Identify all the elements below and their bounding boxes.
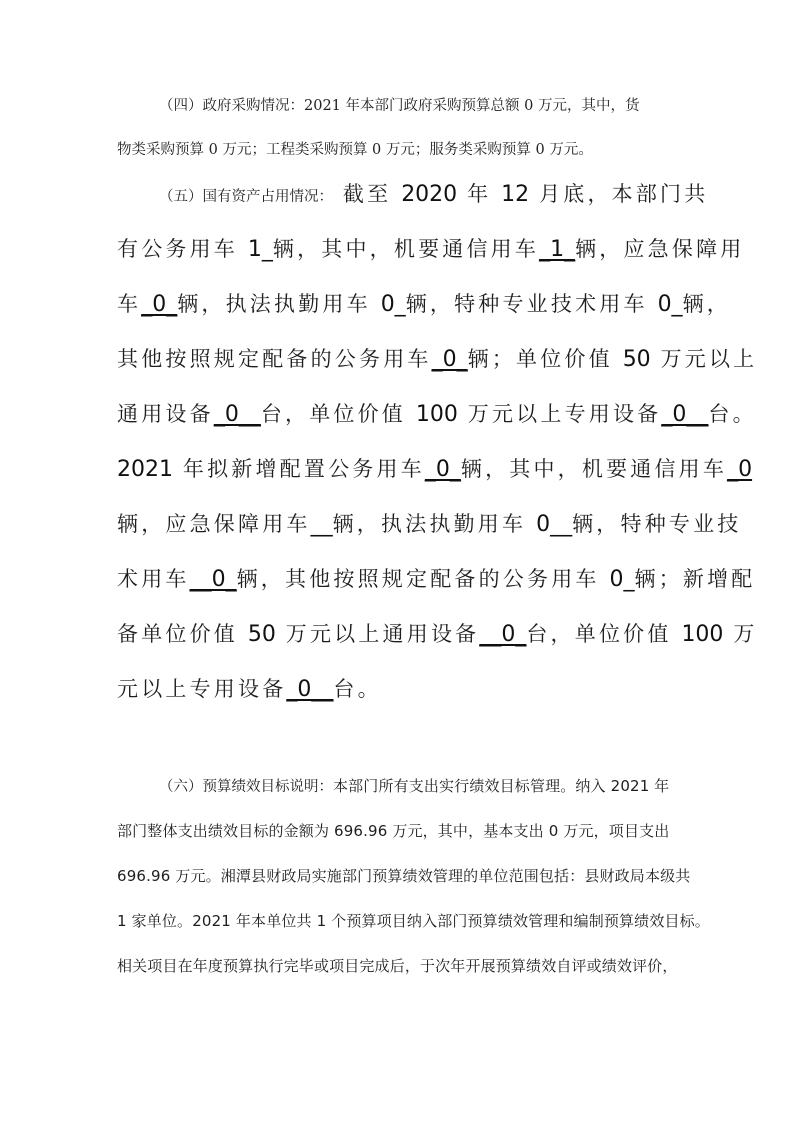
new-special-vehicle-value: __0_	[190, 567, 237, 592]
text: 有公务用车	[117, 237, 248, 261]
section-6-line-5: 相关项目在年度预算执行完毕或项目完成后，于次年开展预算绩效自评或绩效评价，	[117, 959, 679, 974]
law-enforcement-vehicle-value: 0_	[381, 292, 406, 317]
text: 辆，应急保障用车	[117, 512, 311, 536]
year-value: 2020	[401, 182, 457, 207]
section-4-text-2: 物类采购预算 0 万元；工程类采购预算 0 万元；服务类采购预算 0 万元。	[117, 142, 593, 158]
section-6-text-2: 部门整体支出绩效目标的金额为 696.96 万元，其中，基本支出 0 万元，项目…	[117, 822, 669, 840]
new-special-equipment-value: _0__	[286, 677, 333, 702]
new-threshold-50-value: 50	[248, 622, 276, 647]
section-5-line-6: 2021 年拟新增配置公务用车_0_辆，其中，机要通信用车_0	[117, 459, 679, 481]
text: 辆，其他按照规定配备的公务用车	[237, 567, 610, 591]
section-4-line-1: （四）政府采购情况：2021 年本部门政府采购预算总额 0 万元，其中，货	[117, 99, 679, 114]
section-5-line-9: 备单位价值 50 万元以上通用设备__0_台，单位价值 100 万	[117, 624, 679, 646]
text: 辆，应急保障用	[575, 237, 744, 261]
text: 万元以上	[651, 347, 758, 371]
new-law-enforcement-vehicle-value: 0__	[536, 512, 572, 537]
section-4-label: （四）政府采购情况：	[117, 98, 304, 114]
section-4-text-1: 2021 年本部门政府采购预算总额 0 万元，其中，货	[304, 98, 639, 114]
new-emergency-vehicle-value: __	[311, 512, 333, 537]
new-general-equipment-value: __0_	[479, 622, 526, 647]
section-5-line-5: 通用设备_0__台，单位价值 100 万元以上专用设备_0__台。	[117, 404, 679, 426]
section-6-line-4: 1 家单位。2021 年本单位共 1 个预算项目纳入部门预算绩效管理和编制预算绩…	[117, 914, 679, 929]
section-5-line-2: 有公务用车 1_辆，其中，机要通信用车_1_辆，应急保障用	[117, 239, 679, 261]
text: 截至	[343, 182, 391, 206]
section-5-line-4: 其他按照规定配备的公务用车_0_辆；单位价值 50 万元以上	[117, 349, 679, 371]
section-6-text-3: 696.96 万元。湘潭县财政局实施部门预算绩效管理的单位范围包括：县财政局本级…	[117, 867, 690, 885]
text: 年拟新增配置公务用车	[173, 457, 425, 481]
text: 台。	[708, 402, 756, 426]
section-6-line-1: （六）预算绩效目标说明：本部门所有支出实行绩效目标管理。纳入 2021 年	[117, 779, 679, 795]
general-equipment-value: _0__	[214, 402, 261, 427]
section-6-line-3: 696.96 万元。湘潭县财政局实施部门预算绩效管理的单位范围包括：县财政局本级…	[117, 869, 679, 884]
section-5-label: （五）国有资产占用情况：	[117, 189, 333, 205]
text: 台，单位价值	[261, 402, 416, 426]
section-6-line-2: 部门整体支出绩效目标的金额为 696.96 万元，其中，基本支出 0 万元，项目…	[117, 824, 679, 839]
section-6-text-5: 相关项目在年度预算执行完毕或项目完成后，于次年开展预算绩效自评或绩效评价，	[117, 957, 678, 975]
threshold-50-value: 50	[623, 347, 651, 372]
text: 年	[467, 182, 491, 206]
text: 辆，执法执勤用车	[177, 292, 380, 316]
text: 万元以上专用设备	[458, 402, 661, 426]
text: 辆，执法执勤用车	[333, 512, 536, 536]
confidential-vehicle-value: _1_	[539, 237, 575, 262]
text: 辆，其中，机要通信用车	[273, 237, 539, 261]
vehicle-total-value: 1_	[248, 237, 273, 262]
text: 元以上专用设备	[117, 677, 286, 701]
new-threshold-100-value: 100	[681, 622, 723, 647]
plan-year-value: 2021	[117, 457, 173, 482]
document-page: （四）政府采购情况：2021 年本部门政府采购预算总额 0 万元，其中，货 物类…	[0, 0, 793, 1122]
text: 辆；新增配	[634, 567, 755, 591]
section-5-line-1: （五）国有资产占用情况： 截至 2020 年 12 月底，本部门共	[117, 184, 679, 206]
text: 万	[723, 622, 757, 646]
month-value: 12	[501, 182, 529, 207]
section-5-line-3: 车_0_辆，执法执勤用车 0_辆，特种专业技术用车 0_辆，	[117, 294, 679, 316]
text: 月底，本部门共	[539, 182, 708, 206]
new-vehicle-total-value: _0_	[425, 457, 461, 482]
special-equipment-value: _0__	[661, 402, 708, 427]
text: 台。	[333, 677, 381, 701]
section-6-text-4: 1 家单位。2021 年本单位共 1 个预算项目纳入部门预算绩效管理和编制预算绩…	[117, 912, 710, 930]
text: 万元以上通用设备	[276, 622, 479, 646]
text: 通用设备	[117, 402, 214, 426]
text: 辆；单位价值	[468, 347, 623, 371]
text: 术用车	[117, 567, 190, 591]
text: 车	[117, 292, 141, 316]
new-confidential-vehicle-value: _0	[727, 457, 752, 482]
text: 台，单位价值	[526, 622, 681, 646]
text: 辆，特种专业技术用车	[406, 292, 658, 316]
threshold-100-value: 100	[416, 402, 458, 427]
text: 辆，	[683, 292, 731, 316]
special-vehicle-value: 0_	[658, 292, 683, 317]
new-other-vehicle-value: 0_	[609, 567, 634, 592]
text: 其他按照规定配备的公务用车	[117, 347, 432, 371]
text: 辆，其中，机要通信用车	[461, 457, 727, 481]
section-6-text-1: 本部门所有支出实行绩效目标管理。纳入 2021 年	[333, 777, 669, 795]
section-5-line-8: 术用车__0_辆，其他按照规定配备的公务用车 0_辆；新增配	[117, 569, 679, 591]
section-5-line-10: 元以上专用设备_0__台。	[117, 679, 679, 701]
section-4-line-2: 物类采购预算 0 万元；工程类采购预算 0 万元；服务类采购预算 0 万元。	[117, 143, 679, 158]
section-6-label: （六）预算绩效目标说明：	[117, 779, 333, 795]
section-5-line-7: 辆，应急保障用车__辆，执法执勤用车 0__辆，特种专业技	[117, 514, 679, 536]
text: 辆，特种专业技	[572, 512, 741, 536]
text: 备单位价值	[117, 622, 248, 646]
other-vehicle-value: _0_	[432, 347, 468, 372]
emergency-vehicle-value: _0_	[141, 292, 177, 317]
